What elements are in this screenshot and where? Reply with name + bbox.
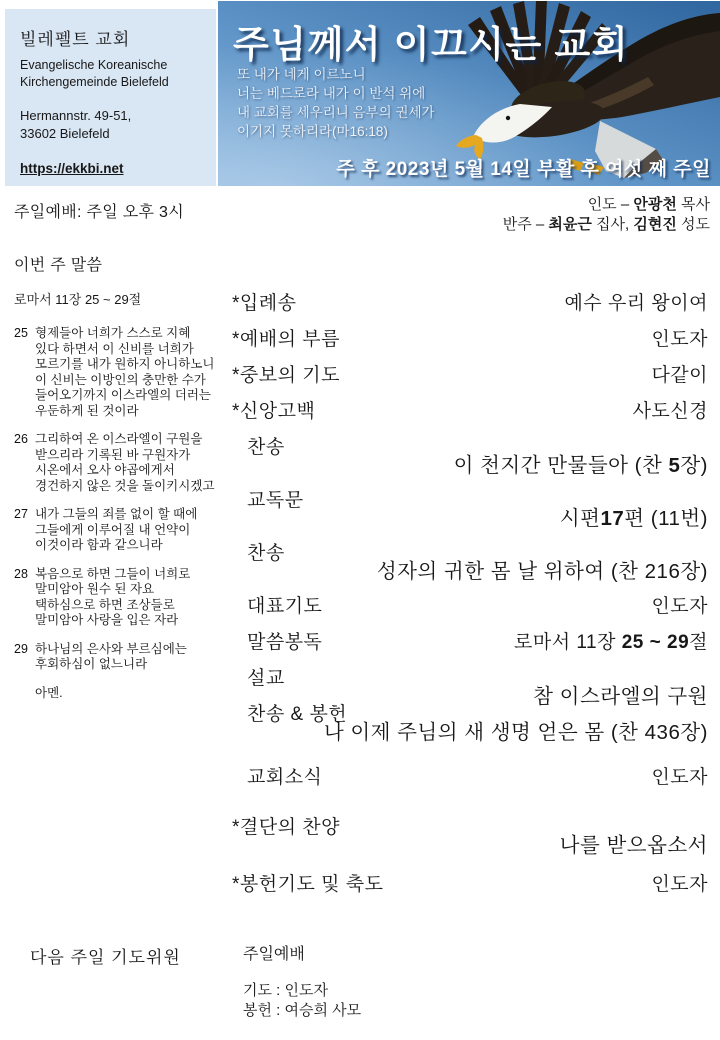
scripture-sidebar: 이번 주 말씀 로마서 11장 25 ~ 29절 25형제들아 너희가 스스로 … [14,252,228,701]
banner-verse-line: 이기지 못하리라(마16:18) [237,122,435,141]
order-value-segment: 로마서 11장 [514,632,622,653]
verse-line: 들어오기까지 이스라엘의 더러는 [35,388,214,404]
verse-text: 그리하여 온 이스라엘이 구원을받으리라 기록된 바 구원자가시온에서 오사 야… [35,432,214,494]
scripture-heading: 이번 주 말씀 [14,252,228,275]
order-row: *봉헌기도 및 축도인도자 [232,874,708,896]
next-week-service-title: 주일예배 [243,941,361,964]
order-value-segment: 예수 우리 왕이여 [564,293,708,314]
verse-line: 받으리라 기록된 바 구원자가 [35,448,214,464]
order-value-segment: 인도자 [651,767,708,788]
verse-text: 형제들아 너희가 스스로 지혜있다 하면서 이 신비를 너희가모르기를 내가 원… [35,326,214,419]
order-row: 대표기도인도자 [232,596,708,618]
order-value-segment: 성자의 귀한 몸 날 위하여 (찬 216장) [377,560,708,583]
order-item-label: *봉헌기도 및 축도 [232,874,383,896]
service-schedule: 주일예배: 주일 오후 3시 [14,199,184,222]
verse-line: 내가 그들의 죄를 없이 할 때에 [35,507,197,523]
verse-text: 내가 그들의 죄를 없이 할 때에그들에게 이루어질 내 언약이이것이라 함과 … [35,507,197,554]
order-value-segment: 나를 받으옵소서 [560,834,708,857]
order-item-label: 교회소식 [232,767,322,789]
banner-verse-line: 또 내가 네게 이르노니 [237,65,435,84]
next-week-line: 기도 : 인도자 [243,981,361,1001]
banner-title: 주님께서 이끄시는 교회 [233,14,629,68]
order-item-label: *예배의 부름 [232,329,340,351]
verse-number: 27 [14,507,35,554]
verse-line: 이것이라 함과 같으니라 [35,538,197,554]
order-item-value: 예수 우리 왕이여 [564,293,708,315]
order-row: 교회소식인도자 [232,767,708,789]
order-row: *신앙고백사도신경 [232,401,708,423]
verse-number: 28 [14,567,35,629]
order-value-segment: 장) [680,454,708,477]
verse: 29하나님의 은사와 부르심에는후회하심이 없느니라 [14,642,228,673]
verse-line: 모르기를 내가 원하지 아니하노니 [35,357,214,373]
order-value-segment: 인도자 [651,874,708,895]
verse-number: 29 [14,642,35,673]
verse-line: 그리하여 온 이스라엘이 구원을 [35,432,214,448]
order-value-segment: 17 [600,507,624,530]
verse: 28복음으로 하면 그들이 너희로말미암아 원수 된 자요택하심으로 하면 조상… [14,567,228,629]
order-row: 교독문시편17편 (11번) [232,490,708,531]
order-of-worship: *입례송예수 우리 왕이여*예배의 부름인도자*중보의 기도다같이*신앙고백사도… [232,293,708,910]
next-week-block: 주일예배 기도 : 인도자봉헌 : 여승희 사모 [243,941,361,1021]
order-value-segment: 인도자 [651,329,708,350]
order-item-value: 인도자 [651,329,708,351]
verse: 26그리하여 온 이스라엘이 구원을받으리라 기록된 바 구원자가시온에서 오사… [14,432,228,494]
order-row: 찬송이 천지간 만물들아 (찬 5장) [232,437,708,478]
order-value-segment: 시편 [560,507,601,530]
banner-date: 주 후 2023년 5월 14일 부활 후 여섯 째 주일 [336,154,711,181]
order-item-label: 말씀봉독 [232,632,322,654]
order-value-segment: 25 ~ 29 [622,632,689,653]
order-item-value: 인도자 [651,596,708,618]
order-item-label: *입례송 [232,293,296,315]
order-row: *입례송예수 우리 왕이여 [232,293,708,315]
scripture-reference: 로마서 11장 25 ~ 29절 [14,289,228,308]
verse-line: 말미암아 사랑을 입은 자라 [35,613,190,629]
leader-line: 인도 – 안광천 목사 [503,195,710,215]
verse-line: 형제들아 너희가 스스로 지혜 [35,326,214,342]
verse-line: 있다 하면서 이 신비를 너희가 [35,342,214,358]
verse-line: 말미암아 원수 된 자요 [35,582,190,598]
next-week-title: 다음 주일 기도위원 [30,943,181,968]
order-item-value: 이 천지간 만물들아 (찬 5장) [232,454,708,478]
verse-line: 후회하심이 없느니라 [35,657,187,673]
service-leaders: 인도 – 안광천 목사 반주 – 최윤근 집사, 김현진 성도 [503,195,710,235]
church-address: Hermannstr. 49-51, 33602 Bielefeld [20,107,206,142]
church-name-german: Evangelische Koreanische Kirchengemeinde… [20,57,206,90]
order-value-segment: 인도자 [651,596,708,617]
order-row: *중보의 기도다같이 [232,365,708,387]
banner-verse-lines: 또 내가 네게 이르노니너는 베드로라 내가 이 반석 위에내 교회를 세우리니… [237,65,435,141]
order-item-value: 다같이 [651,365,708,387]
banner-verse-line: 너는 베드로라 내가 이 반석 위에 [237,84,435,103]
verse-text: 복음으로 하면 그들이 너희로말미암아 원수 된 자요택하심으로 하면 조상들로… [35,567,190,629]
order-item-label: *신앙고백 [232,401,315,423]
verse-line: 경건하지 않은 것을 돌이키시겠고 [35,479,214,495]
order-row: *결단의 찬양나를 받으옵소서 [232,817,708,858]
verse: 25형제들아 너희가 스스로 지혜있다 하면서 이 신비를 너희가모르기를 내가… [14,326,228,419]
order-item-label: *중보의 기도 [232,365,340,387]
verse: 27내가 그들의 죄를 없이 할 때에그들에게 이루어질 내 언약이이것이라 함… [14,507,228,554]
banner: 주님께서 이끄시는 교회 또 내가 네게 이르노니너는 베드로라 내가 이 반석… [218,1,720,186]
verse-line: 우둔하게 된 것이라 [35,404,214,420]
order-row: 설교참 이스라엘의 구원 [232,668,708,709]
order-value-segment: 편 (11번) [624,507,708,530]
amen-text: 아멘. [35,686,228,702]
verse-line: 이 신비는 이방인의 충만한 수가 [35,373,214,389]
verse-line: 그들에게 이루어질 내 언약이 [35,523,197,539]
order-item-value: 사도신경 [633,401,708,423]
order-item-value: 인도자 [651,874,708,896]
church-info-panel: 빌레펠트 교회 Evangelische Koreanische Kirchen… [5,9,216,186]
order-value-segment: 나 이제 주님의 새 생명 얻은 몸 (찬 436장) [324,721,708,744]
order-value-segment: 다같이 [651,365,708,386]
order-item-value: 인도자 [651,767,708,789]
banner-verse-line: 내 교회를 세우리니 음부의 권세가 [237,103,435,122]
order-item-value: 로마서 11장 25 ~ 29절 [514,632,708,654]
order-row: *예배의 부름인도자 [232,329,708,351]
verse-number: 25 [14,326,35,419]
order-value-segment: 사도신경 [633,401,708,422]
order-item-label: 대표기도 [232,596,322,618]
order-row: 찬송 & 봉헌나 이제 주님의 새 생명 얻은 몸 (찬 436장) [232,704,708,745]
order-value-segment: 절 [689,632,708,653]
scripture-verses: 25형제들아 너희가 스스로 지혜있다 하면서 이 신비를 너희가모르기를 내가… [14,326,228,701]
order-value-segment: 5 [668,454,680,477]
verse-line: 택하심으로 하면 조상들로 [35,598,190,614]
verse-text: 하나님의 은사와 부르심에는후회하심이 없느니라 [35,642,187,673]
order-row: 말씀봉독로마서 11장 25 ~ 29절 [232,632,708,654]
order-value-segment: 이 천지간 만물들아 (찬 [454,454,669,477]
verse-line: 하나님의 은사와 부르심에는 [35,642,187,658]
verse-number: 26 [14,432,35,494]
accompanist-line: 반주 – 최윤근 집사, 김현진 성도 [503,215,710,235]
church-name: 빌레펠트 교회 [20,25,206,50]
order-item-value: 성자의 귀한 몸 날 위하여 (찬 216장) [232,560,708,584]
verse-line: 시온에서 오사 야곱에게서 [35,463,214,479]
next-week-lines: 기도 : 인도자봉헌 : 여승희 사모 [243,981,361,1021]
bulletin-page: 빌레펠트 교회 Evangelische Koreanische Kirchen… [0,0,720,1040]
verse-line: 복음으로 하면 그들이 너희로 [35,567,190,583]
next-week-line: 봉헌 : 여승희 사모 [243,1001,361,1021]
church-website-link[interactable]: https://ekkbi.net [20,161,124,176]
order-value-segment: 참 이스라엘의 구원 [533,685,708,708]
order-row: 찬송성자의 귀한 몸 날 위하여 (찬 216장) [232,543,708,584]
